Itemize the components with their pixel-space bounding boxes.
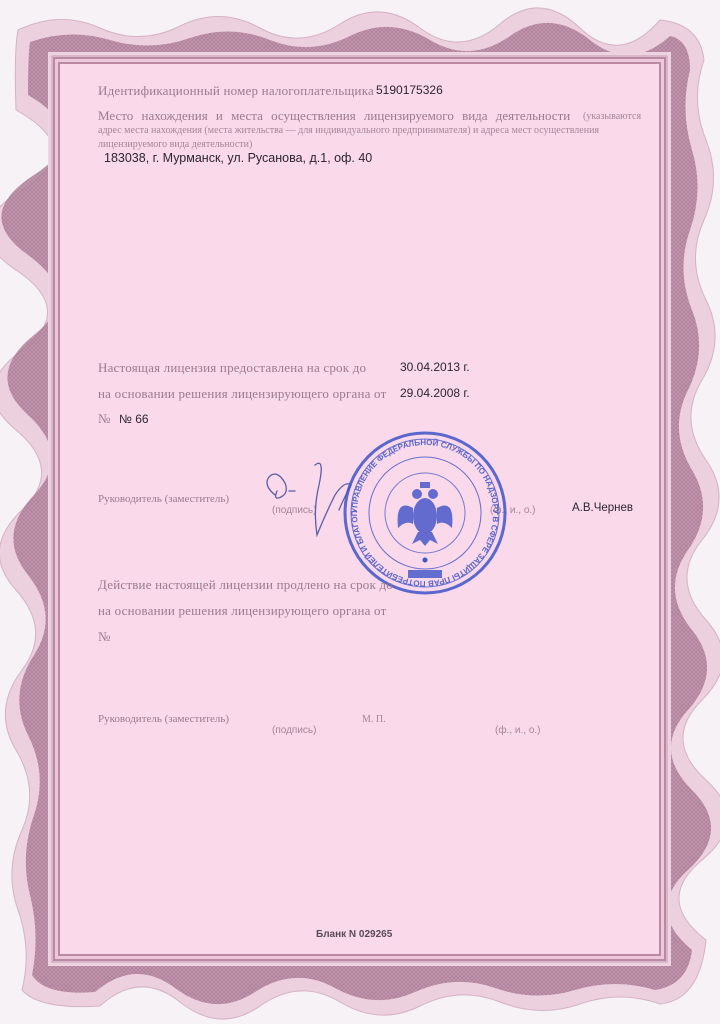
address-value: 183038, г. Мурманск, ул. Русанова, д.1, …: [104, 151, 372, 165]
location-note-line-3: лицензируемого вида деятельности): [98, 139, 252, 150]
tax-id-label: Идентификационный номер налогоплательщик…: [98, 83, 374, 99]
extension-decision-label: на основании решения лицензирующего орга…: [98, 603, 386, 619]
decision-number-label: №: [98, 411, 111, 427]
signatory-name: А.В.Чернев: [572, 502, 633, 514]
extension-signature-caption: (подпись): [272, 725, 316, 736]
extension-number-label: №: [98, 629, 111, 645]
decision-date-value: 29.04.2008 г.: [400, 386, 470, 400]
extension-role-label: Руководитель (заместитель): [98, 713, 229, 725]
license-term-label: Настоящая лицензия предоставлена на срок…: [98, 360, 366, 376]
decision-number-value: № 66: [119, 412, 149, 426]
tax-id-value: 5190175326: [376, 83, 443, 97]
license-term-value: 30.04.2013 г.: [400, 360, 470, 374]
official-stamp: УПРАВЛЕНИЕ ФЕДЕРАЛЬНОЙ СЛУЖБЫ ПО НАДЗОРУ…: [340, 428, 510, 598]
location-note: (указываются: [583, 111, 641, 122]
form-number: Бланк N 029265: [316, 929, 392, 940]
decision-date-label: на основании решения лицензирующего орга…: [98, 386, 386, 402]
seal-caption: М. П.: [362, 714, 386, 725]
extension-name-caption: (ф., и., о.): [495, 725, 540, 736]
extension-term-label: Действие настоящей лицензии продлено на …: [98, 577, 393, 593]
signatory-role-label: Руководитель (заместитель): [98, 493, 229, 505]
location-label: Место нахождения и места осуществления л…: [98, 108, 570, 124]
location-note-line-2: адрес места нахождения (места жительства…: [98, 125, 599, 136]
